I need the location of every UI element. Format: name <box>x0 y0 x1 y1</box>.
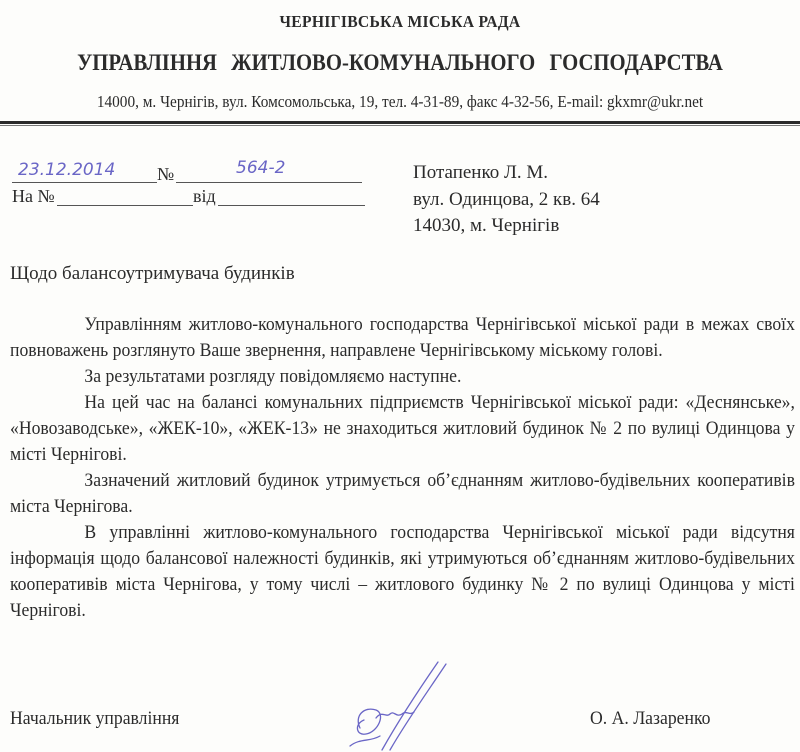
letter-subject: Щодо балансоутримувача будинків <box>10 263 295 285</box>
handwritten-signature-icon <box>320 658 460 752</box>
body-paragraph: Зазначений житловий будинок утримується … <box>10 468 795 520</box>
date-underline <box>12 182 157 183</box>
ref-date-label: від <box>193 186 216 207</box>
body-paragraph: В управлінні житлово-комунального господ… <box>10 520 795 624</box>
ref-number-label: На № <box>12 186 55 207</box>
number-label: № <box>157 164 174 185</box>
letterhead-divider-thin <box>0 125 800 126</box>
contact-line: 14000, м. Чернігів, вул. Комсомольська, … <box>40 92 760 112</box>
ref-number-underline <box>57 205 193 206</box>
signer-name: О. А. Лазаренко <box>590 708 711 730</box>
number-underline <box>176 182 362 183</box>
body-paragraph: На цей час на балансі комунальних підпри… <box>10 390 795 468</box>
body-paragraph: Управлінням житлово-комунального господа… <box>10 312 795 364</box>
outgoing-date: 23.12.2014 <box>18 160 115 180</box>
letterhead-divider <box>0 121 800 124</box>
recipient-street: вул. Одинцова, 2 кв. 64 <box>413 187 600 213</box>
body-paragraph: За результатами розгляду повідомляємо на… <box>10 364 795 390</box>
ref-date-underline <box>218 205 365 206</box>
signer-title: Начальник управління <box>10 708 179 730</box>
department-name: УПРАВЛІННЯ ЖИТЛОВО-КОМУНАЛЬНОГО ГОСПОДАР… <box>40 50 760 76</box>
letter-body: Управлінням житлово-комунального господа… <box>10 312 795 624</box>
recipient-name: Потапенко Л. М. <box>413 160 548 186</box>
council-name: ЧЕРНІГІВСЬКА МІСЬКА РАДА <box>32 12 768 32</box>
outgoing-number: 564-2 <box>236 158 285 178</box>
recipient-city: 14030, м. Чернігів <box>413 213 559 239</box>
